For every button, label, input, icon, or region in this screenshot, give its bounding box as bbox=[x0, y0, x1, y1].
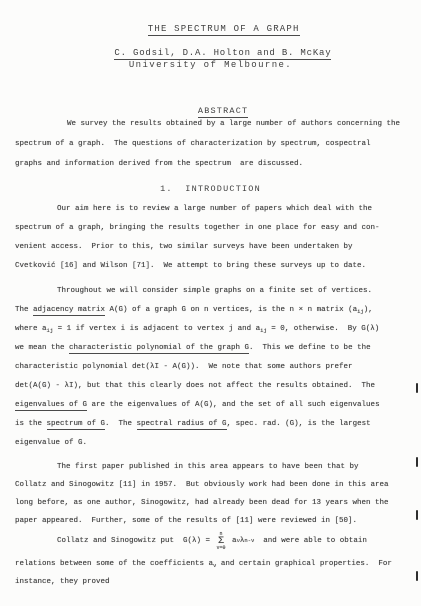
text-line: spectrum of a graph, bringing the result… bbox=[15, 219, 407, 238]
text-line: long before, as one author, Sinogowitz, … bbox=[15, 494, 407, 512]
abstract-text: We survey the results obtained by a larg… bbox=[15, 114, 407, 174]
paper-affiliation: University of Melbourne. bbox=[0, 60, 421, 70]
text-line: det(A(G) - λI), but that this clearly do… bbox=[15, 377, 407, 396]
introduction-heading: 1. INTRODUCTION bbox=[0, 184, 421, 194]
paper-authors-text: C. Godsil, D.A. Holton and B. McKay bbox=[114, 48, 331, 60]
text-line: is the spectrum of G. The spectral radiu… bbox=[15, 415, 407, 434]
text-line: eigenvalue of G. bbox=[15, 434, 407, 453]
intro-paragraph-1: Our aim here is to review a large number… bbox=[15, 200, 407, 276]
text-line: Our aim here is to review a large number… bbox=[15, 200, 407, 219]
text-line: we mean the characteristic polynomial of… bbox=[15, 339, 407, 358]
margin-mark bbox=[416, 510, 418, 520]
text-line: The adjacency matrix A(G) of a graph G o… bbox=[15, 301, 407, 320]
text-line: characteristic polynomial det(λI - A(G))… bbox=[15, 358, 407, 377]
intro-paragraph-3: The first paper published in this area a… bbox=[15, 458, 407, 530]
intro-paragraph-2: Throughout we will consider simple graph… bbox=[15, 282, 407, 453]
summation-symbol: nΣν=0 bbox=[217, 532, 226, 551]
scanned-paper-page: THE SPECTRUM OF A GRAPH C. Godsil, D.A. … bbox=[0, 0, 421, 606]
text-line: venient access. Prior to this, two simil… bbox=[15, 238, 407, 257]
margin-mark bbox=[416, 383, 418, 393]
text-line: spectrum of a graph. The questions of ch… bbox=[15, 134, 407, 154]
text-line: The first paper published in this area a… bbox=[15, 458, 407, 476]
margin-mark bbox=[416, 457, 418, 467]
text-line: Throughout we will consider simple graph… bbox=[15, 282, 407, 301]
text-line: Collatz and Sinogowitz [11] in 1957. But… bbox=[15, 476, 407, 494]
text-line: relations between some of the coefficien… bbox=[15, 555, 407, 573]
text-line: eigenvalues of G are the eigenvalues of … bbox=[15, 396, 407, 415]
text-line: graphs and information derived from the … bbox=[15, 154, 407, 174]
intro-paragraph-4: Collatz and Sinogowitz put G(λ) = nΣν=0 … bbox=[15, 527, 407, 591]
paper-title-text: THE SPECTRUM OF A GRAPH bbox=[148, 24, 300, 36]
text-line: Cvetković [16] and Wilson [71]. We attem… bbox=[15, 257, 407, 276]
text-line: Collatz and Sinogowitz put G(λ) = nΣν=0 … bbox=[15, 527, 407, 555]
text-line: where aij = 1 if vertex i is adjacent to… bbox=[15, 320, 407, 339]
text-line: We survey the results obtained by a larg… bbox=[15, 114, 407, 134]
text-line: instance, they proved bbox=[15, 573, 407, 591]
margin-mark bbox=[416, 571, 418, 581]
